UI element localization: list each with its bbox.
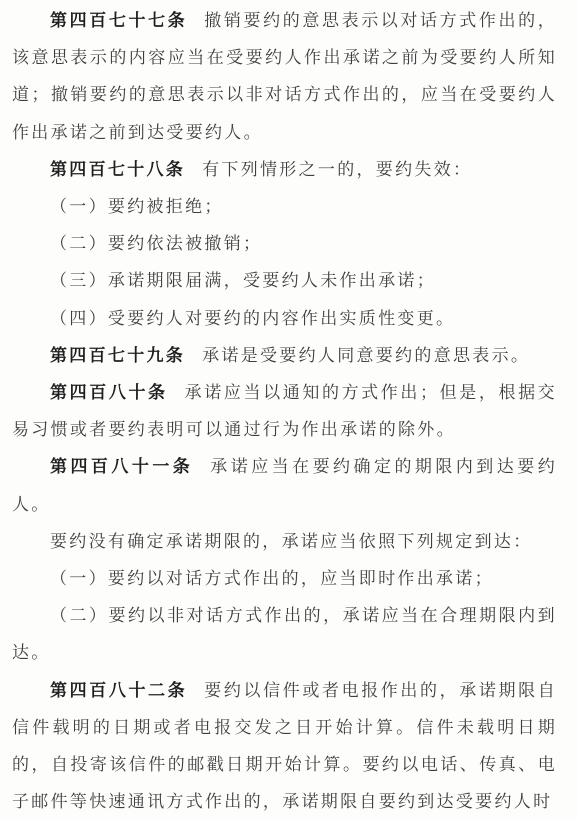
law-text-block: 第四百七十七条撤销要约的意思表示以对话方式作出的，该意思表示的内容应当在受要约人… — [12, 2, 557, 819]
article-number: 第四百七十九条 — [50, 346, 185, 365]
list-item-paragraph: （三）承诺期限届满，受要约人未作出承诺； — [12, 262, 557, 299]
article-text: 承诺是受要约人同意要约的意思表示。 — [202, 346, 530, 365]
scanned-law-page: 第四百七十七条撤销要约的意思表示以对话方式作出的，该意思表示的内容应当在受要约人… — [0, 0, 578, 819]
article-paragraph: 第四百七十八条有下列情形之一的，要约失效： — [12, 151, 557, 188]
article-paragraph: 第四百八十二条要约以信件或者电报作出的，承诺期限自信件载明的日期或者电报交发之日… — [12, 672, 557, 819]
article-text: （二）要约依法被撤销； — [50, 234, 262, 253]
article-paragraph: 第四百七十九条承诺是受要约人同意要约的意思表示。 — [12, 337, 557, 374]
article-text: 要约以信件或者电报作出的，承诺期限自信件载明的日期或者电报交发之日开始计算。信件… — [12, 681, 557, 812]
article-paragraph: 第四百七十七条撤销要约的意思表示以对话方式作出的，该意思表示的内容应当在受要约人… — [12, 2, 557, 151]
article-number: 第四百八十二条 — [50, 681, 187, 700]
article-text: 有下列情形之一的，要约失效： — [202, 160, 472, 179]
article-text: （二）要约以非对话方式作出的，承诺应当在合理期限内到达。 — [12, 606, 557, 662]
article-text: （一）要约以对话方式作出的，应当即时作出承诺； — [50, 569, 494, 588]
list-item-paragraph: （一）要约以对话方式作出的，应当即时作出承诺； — [12, 560, 557, 597]
list-item-paragraph: （二）要约依法被撤销； — [12, 225, 557, 262]
article-number: 第四百八十一条 — [50, 457, 193, 476]
article-text: 要约没有确定承诺期限的，承诺应当依照下列规定到达： — [50, 532, 533, 551]
continuation-paragraph: 要约没有确定承诺期限的，承诺应当依照下列规定到达： — [12, 523, 557, 560]
article-number: 第四百七十七条 — [50, 11, 187, 30]
article-text: （四）受要约人对要约的内容作出实质性变更。 — [50, 309, 455, 328]
list-item-paragraph: （一）要约被拒绝； — [12, 188, 557, 225]
list-item-paragraph: （二）要约以非对话方式作出的，承诺应当在合理期限内到达。 — [12, 597, 557, 671]
article-number: 第四百八十条 — [50, 383, 168, 402]
article-paragraph: 第四百八十条承诺应当以通知的方式作出；但是，根据交易习惯或者要约表明可以通过行为… — [12, 374, 557, 448]
article-paragraph: 第四百八十一条承诺应当在要约确定的期限内到达要约人。 — [12, 448, 557, 522]
list-item-paragraph: （四）受要约人对要约的内容作出实质性变更。 — [12, 300, 557, 337]
article-text: （三）承诺期限届满，受要约人未作出承诺； — [50, 271, 436, 290]
article-number: 第四百七十八条 — [50, 160, 185, 179]
article-text: 撤销要约的意思表示以对话方式作出的，该意思表示的内容应当在受要约人作出承诺之前为… — [12, 11, 557, 142]
article-text: （一）要约被拒绝； — [50, 197, 224, 216]
